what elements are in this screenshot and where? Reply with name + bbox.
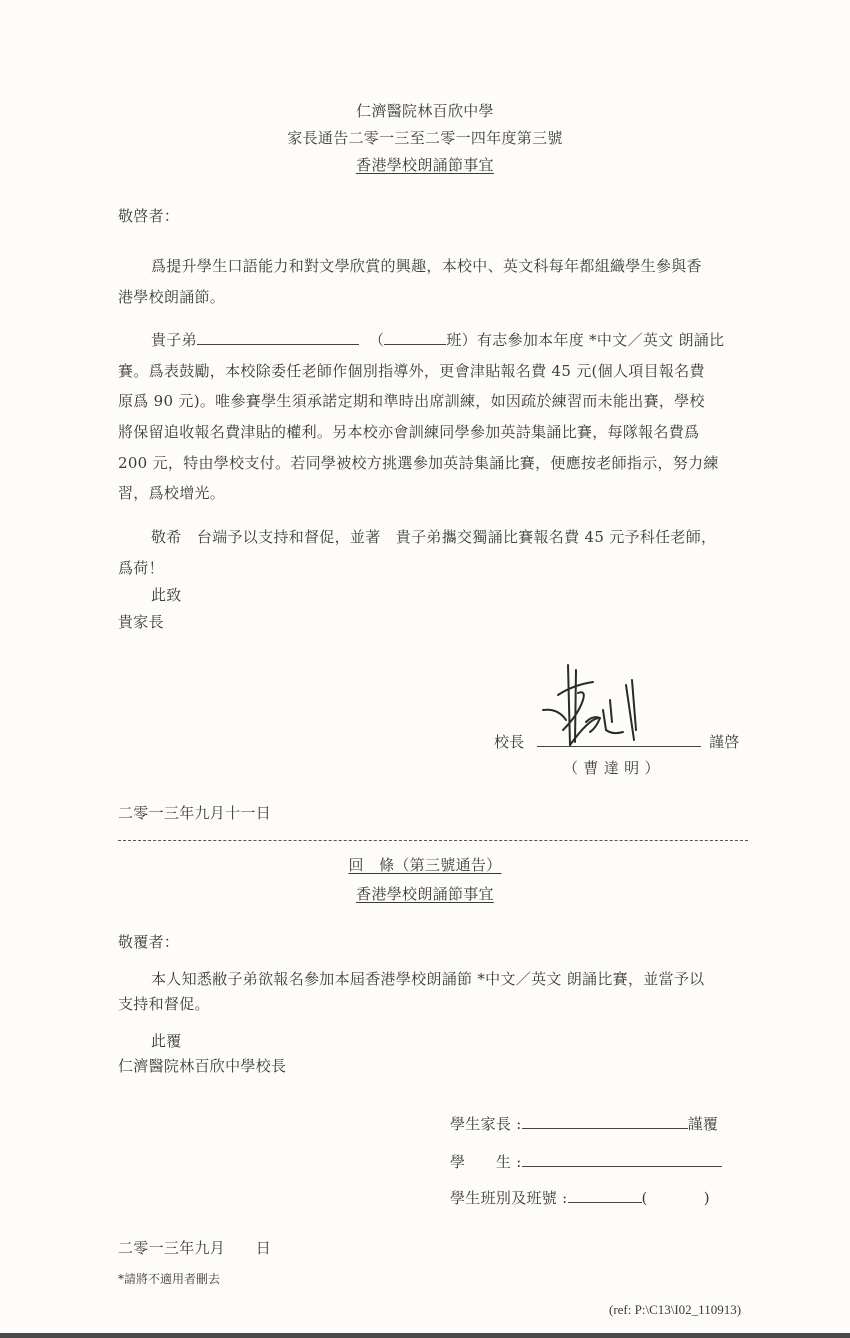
principal-signature [538, 660, 658, 750]
notice-page: 仁濟醫院林百欣中學 家長通告二零一三至二零一四年度第三號 香港學校朗誦節事宜 敬… [0, 0, 850, 1333]
closing: 此致 [151, 585, 182, 605]
reply-title-text: 回 條（第三號通告） [348, 856, 501, 874]
paren-open: （ [369, 331, 384, 349]
paragraph2-line6: 習，爲校增光。 [118, 483, 225, 503]
reply-title: 回 條（第三號通告） [0, 855, 850, 875]
class-blank[interactable] [384, 330, 446, 345]
student-name-blank[interactable] [197, 330, 359, 345]
signature-suffix: 謹啓 [709, 732, 740, 752]
reply-closing: 此覆 [151, 1031, 182, 1051]
parent-signature-input[interactable] [522, 1114, 688, 1129]
paragraph2-line2: 賽。爲表鼓勵，本校除委任老師作個別指導外，更會津貼報名費 45 元(個人項目報名… [118, 361, 705, 381]
reply-salutation: 敬覆者： [118, 932, 179, 952]
signature-line [537, 746, 701, 747]
class-input[interactable] [568, 1188, 642, 1203]
footnote: *請將不適用者刪去 [118, 1270, 220, 1287]
student-label: 學 生 : [450, 1153, 522, 1171]
notice-number: 家長通告二零一三至二零一四年度第三號 [0, 128, 850, 148]
principal-title: 校長 [494, 732, 525, 752]
paragraph3-line1: 敬希 台端予以支持和督促，並著 貴子弟攜交獨誦比賽報名費 45 元予科任老師， [151, 527, 716, 547]
class-label: 學生班別及班號 : [450, 1189, 568, 1207]
student-name-input[interactable] [522, 1152, 722, 1167]
principal-name: （ 曹 達 明 ） [563, 758, 660, 778]
parent-field-row: 學生家長 :謹覆 [450, 1114, 718, 1134]
paragraph1-line2: 港學校朗誦節。 [118, 287, 225, 307]
reply-subject-text: 香港學校朗誦節事宜 [356, 885, 494, 903]
reply-subject: 香港學校朗誦節事宜 [0, 884, 850, 904]
student-prefix: 貴子弟 [151, 331, 197, 349]
reply-date: 二零一三年九月 日 [118, 1238, 271, 1258]
scan-edge [0, 1333, 850, 1338]
notice-date: 二零一三年九月十一日 [118, 803, 271, 823]
class-no-open: ( [642, 1189, 648, 1207]
school-name: 仁濟醫院林百欣中學 [0, 101, 850, 121]
parent-label: 學生家長 : [450, 1115, 522, 1133]
paragraph1-line1: 爲提升學生口語能力和對文學欣賞的興趣，本校中、英文科每年都組織學生參與香 [151, 256, 702, 276]
paragraph2-line1: 貴子弟 （班）有志參加本年度 *中文／英文 朗誦比 [151, 330, 724, 350]
recipient: 貴家長 [118, 612, 164, 632]
paragraph2-line1-rest: 班）有志參加本年度 *中文／英文 朗誦比 [446, 331, 724, 349]
paragraph2-line5: 200 元，特由學校支付。若同學被校方挑選參加英詩集誦比賽，便應按老師指示，努力… [118, 453, 719, 473]
salutation: 敬啓者： [118, 206, 179, 226]
reply-body-line1: 本人知悉敝子弟欲報名參加本屆香港學校朗誦節 *中文／英文 朗誦比賽，並當予以 [151, 969, 704, 989]
paragraph2-line4: 將保留追收報名費津貼的權利。另本校亦會訓練同學參加英詩集誦比賽，每隊報名費爲 [118, 422, 699, 442]
class-no-close: ) [704, 1189, 710, 1207]
notice-subject: 香港學校朗誦節事宜 [0, 155, 850, 175]
student-field-row: 學 生 : [450, 1152, 722, 1172]
parent-suffix: 謹覆 [688, 1115, 719, 1133]
reply-recipient: 仁濟醫院林百欣中學校長 [118, 1056, 286, 1076]
reply-body-line2: 支持和督促。 [118, 994, 210, 1014]
notice-subject-text: 香港學校朗誦節事宜 [356, 156, 494, 174]
paragraph2-line3: 原爲 90 元)。唯參賽學生須承諾定期和準時出席訓練，如因疏於練習而未能出賽，學… [118, 391, 705, 411]
paragraph3-line2: 爲荷！ [118, 558, 164, 578]
tear-off-line [118, 840, 748, 841]
reference-code: (ref: P:\C13\I02_110913) [609, 1302, 741, 1318]
class-field-row: 學生班別及班號 :() [450, 1188, 710, 1208]
